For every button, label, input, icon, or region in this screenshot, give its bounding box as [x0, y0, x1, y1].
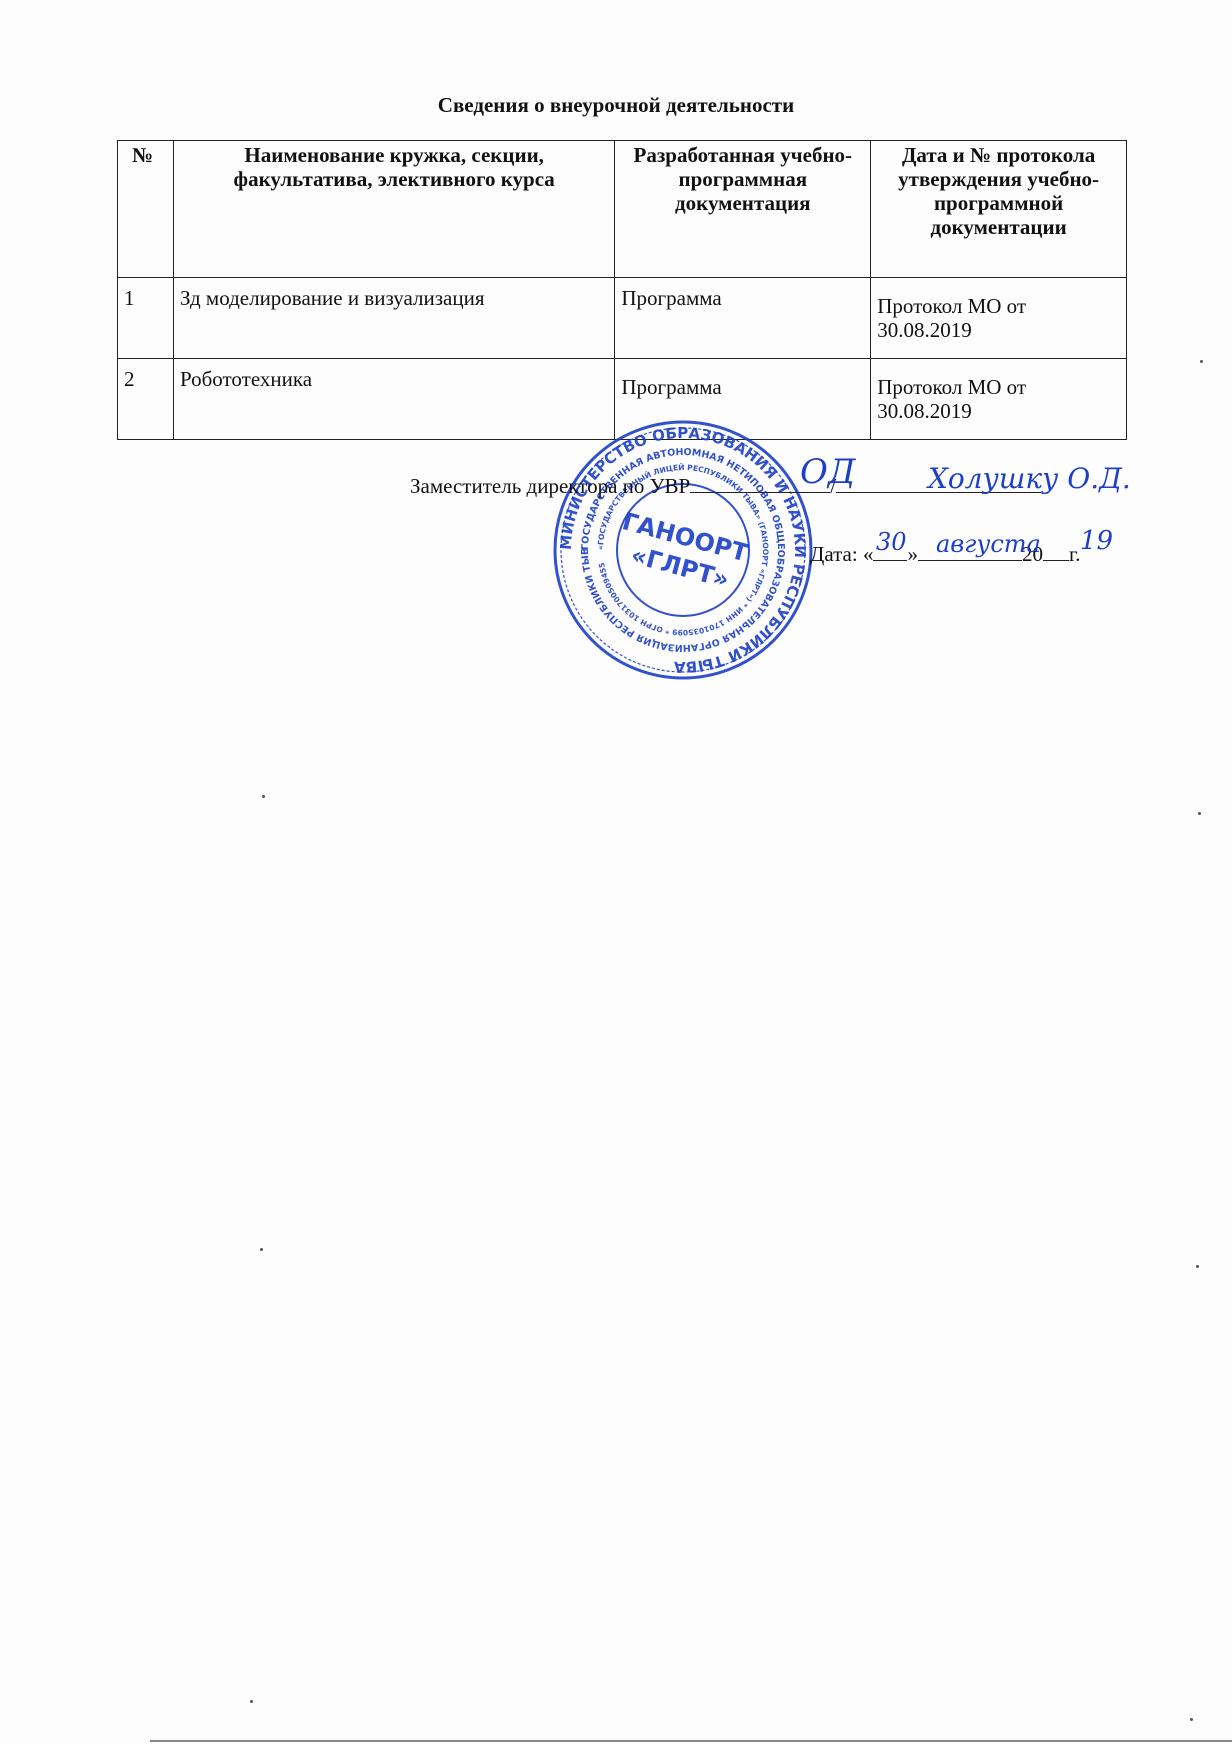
header-protocol: Дата и № протокола утверждения учебно-пр…: [871, 141, 1127, 278]
handwritten-name: Холушку О.Д.: [928, 462, 1131, 495]
scan-speck: [1198, 812, 1201, 815]
scan-speck: [260, 1248, 263, 1251]
table-row: 1 Зд моделирование и визуализация Програ…: [118, 278, 1127, 359]
scan-speck: [1196, 1265, 1199, 1268]
date-mid: »: [907, 542, 918, 566]
activities-table: № Наименование кружка, секции, факультат…: [117, 140, 1127, 440]
handwritten-day: 30: [876, 528, 907, 556]
row-number: 2: [118, 359, 174, 440]
row-protocol: Протокол МО от 30.08.2019: [871, 278, 1127, 359]
header-documentation: Разработанная учебно-программная докумен…: [615, 141, 871, 278]
scan-speck: [1200, 360, 1203, 363]
signature-label: Заместитель директора по УВР: [410, 474, 690, 498]
scan-speck: [262, 795, 265, 798]
row-protocol: Протокол МО от 30.08.2019: [871, 359, 1127, 440]
document-title: Сведения о внеурочной деятельности: [0, 93, 1232, 118]
row-documentation: Программа: [615, 278, 871, 359]
table-header-row: № Наименование кружка, секции, факультат…: [118, 141, 1127, 278]
row-number: 1: [118, 278, 174, 359]
date-prefix: Дата: «: [810, 542, 873, 566]
scan-speck: [250, 1700, 253, 1703]
header-number: №: [118, 141, 174, 278]
official-stamp: МИНИСТЕРСТВО ОБРАЗОВАНИЯ И НАУКИ РЕСПУБЛ…: [533, 420, 833, 680]
handwritten-year: 19: [1080, 526, 1113, 556]
scan-speck: [1190, 1718, 1193, 1721]
handwritten-signature: ОД: [800, 452, 856, 492]
row-name: Зд моделирование и визуализация: [173, 278, 614, 359]
date-suffix: г.: [1069, 542, 1081, 566]
header-name: Наименование кружка, секции, факультатив…: [173, 141, 614, 278]
page-edge: [150, 1740, 1232, 1742]
year-line: [1043, 540, 1069, 561]
handwritten-month: августа: [936, 530, 1041, 558]
